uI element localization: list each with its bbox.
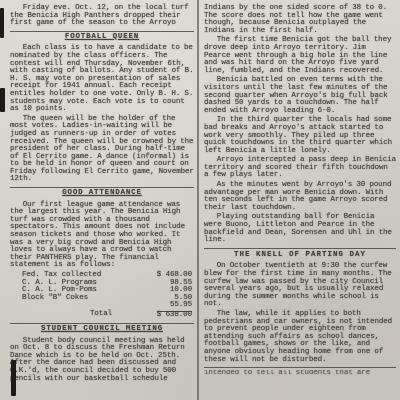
queen-paragraph-1: Each class is to have a candidate to be … [10, 45, 194, 113]
newsletter-page: Friday eve. Oct. 12, on the local turf t… [0, 0, 400, 400]
curfew-heading: THE KNELL OF PARTING DAY [204, 252, 396, 260]
curfew-paragraph-2: The law, while it applies to both pedest… [204, 311, 396, 364]
scan-artifact-mark [0, 88, 5, 112]
cutoff-bottom-line: intended to tell all students that are [204, 370, 396, 377]
game-paragraph-1: Indians by the one sided score of 38 to … [204, 5, 396, 35]
queen-paragraph-2: The queen will be the holder of the most… [10, 116, 194, 184]
scan-artifact-mark [0, 8, 4, 38]
row-value: 55.95 [170, 302, 192, 310]
section-divider-rule [204, 367, 396, 368]
section-divider-rule [10, 31, 194, 32]
game-paragraph-2: The first time Benicia got the ball they… [204, 37, 396, 75]
table-total-row: Total $ 638.00 [22, 311, 192, 320]
curfew-paragraph-1: On October twentieth at 9:30 the curfew … [204, 263, 396, 309]
left-column: Friday eve. Oct. 12, on the local turf t… [10, 5, 194, 385]
good-attendance-heading: GOOD ATTENDANCE [10, 190, 194, 198]
table-row: 55.95 [22, 302, 192, 310]
attendance-paragraph: Our first league game attendance was the… [10, 202, 194, 270]
game-paragraph-3: Benicia battled on even terms with the v… [204, 77, 396, 115]
game-paragraph-4: In the third quarter the locals had some… [204, 117, 396, 155]
section-divider-rule [10, 187, 194, 188]
football-story-intro-paragraph: Friday eve. Oct. 12, on the local turf t… [10, 5, 194, 28]
game-paragraph-5: Arroyo intercepted a pass deep in Benici… [204, 157, 396, 180]
column-divider-rule [197, 0, 199, 400]
council-paragraph: Student body council meeting was held on… [10, 338, 194, 384]
total-value: $ 638.00 [157, 311, 192, 320]
game-paragraph-7: Playing outstanding ball for Benicia wer… [204, 214, 396, 244]
scan-artifact-mark [11, 360, 16, 396]
student-council-heading: STUDENT COUNCIL MEETING [10, 326, 194, 334]
table-row: Block "B" Cokes 5.50 [22, 295, 192, 303]
football-queen-heading: FOOTBALL QUEEN [10, 34, 194, 42]
section-divider-rule [204, 248, 396, 249]
financial-statement-table: Fed. Tax collected $ 468.00 C. A. L. Pro… [22, 272, 192, 320]
game-paragraph-6: As the minutes went by Arroyo's 30 pound… [204, 182, 396, 212]
total-label: Total [90, 311, 112, 320]
section-divider-rule [10, 323, 194, 324]
right-column: Indians by the one sided score of 38 to … [204, 5, 396, 377]
row-label: Block "B" Cokes [22, 295, 88, 303]
